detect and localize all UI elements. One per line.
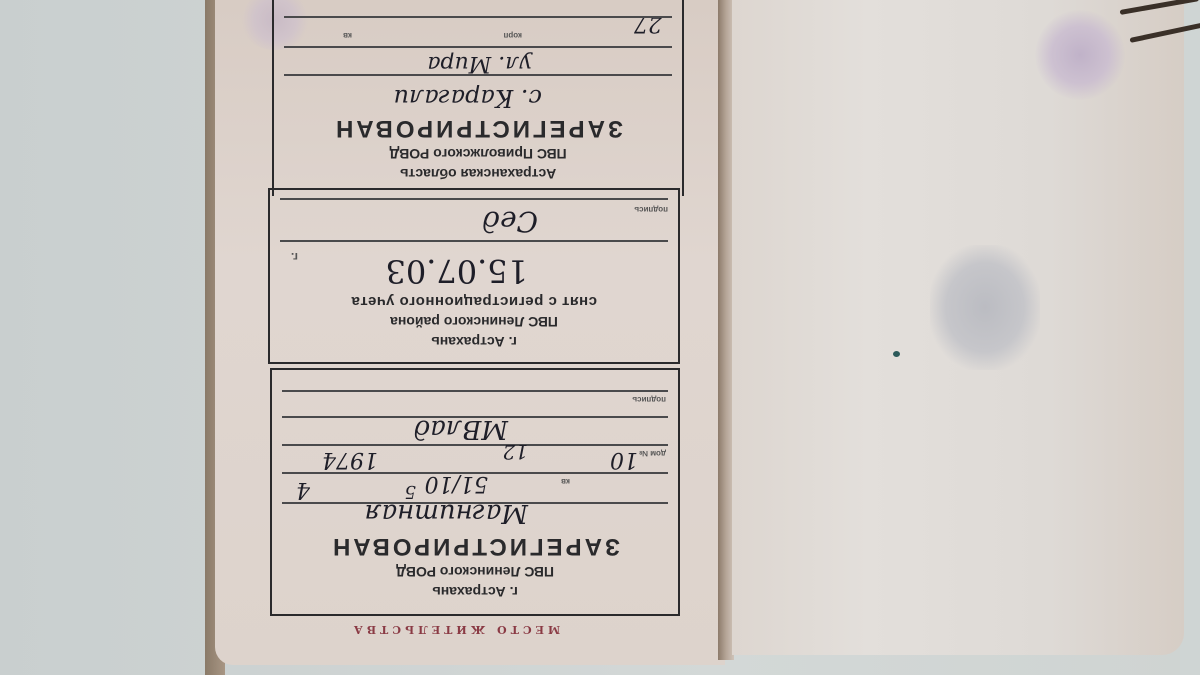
- handwritten-date: 15.07.03: [386, 252, 529, 290]
- stamp-title: ЗАРЕГИСТРИРОВАН: [274, 114, 682, 142]
- handwritten-house: 51/10: [425, 471, 488, 496]
- handwritten-building: 5: [405, 481, 416, 502]
- label-apartment: кв: [343, 31, 352, 40]
- handwritten-locality: с. Карагали: [394, 84, 542, 112]
- watermark-rosette: [1035, 10, 1125, 100]
- label-building: корп: [503, 31, 522, 40]
- stamp-office: ПВС Ленинского района: [270, 314, 678, 330]
- stamp-office: ПВС Приволжского РОВД: [274, 146, 682, 162]
- stamp-title: ЗАРЕГИСТРИРОВАН: [272, 532, 678, 560]
- stamp-city: г. Астрахань: [270, 334, 678, 350]
- handwritten-signature: МВлад: [414, 414, 508, 444]
- handwritten-day: 10: [610, 447, 638, 472]
- label-signature: подпись: [634, 205, 668, 214]
- handwritten-apartment: 4: [296, 477, 310, 502]
- handwritten-street: ул. Мира: [427, 51, 532, 76]
- label-signature: подпись: [632, 395, 666, 404]
- handwritten-year: 1974: [322, 447, 378, 472]
- stamp-city: г. Астрахань: [272, 584, 678, 600]
- registration-stamp: г. Астрахань ПВС Ленинского РОВД ЗАРЕГИС…: [270, 368, 680, 616]
- stamp-office: ПВС Ленинского РОВД: [272, 564, 678, 580]
- deregistration-stamp: г. Астрахань ПВС Ленинского района снят …: [268, 188, 680, 364]
- handwritten-street: Магнитная: [364, 498, 528, 528]
- label-house: дом №: [639, 449, 666, 458]
- label-apartment: кв: [561, 477, 570, 486]
- ink-spot: [893, 351, 900, 357]
- stamp-title: снят с регистрационного учета: [270, 293, 678, 310]
- handwritten-signature: Сед: [482, 205, 538, 238]
- stamp-city: Астраханская область: [274, 166, 682, 182]
- page-footer-label: МЕСТО ЖИТЕЛЬСТВА: [325, 623, 585, 636]
- registration-stamp-2: Астраханская область ПВС Приволжского РО…: [272, 0, 684, 196]
- label-year: г.: [291, 250, 298, 264]
- faded-photo-imprint: [930, 245, 1040, 370]
- handwritten-house: 27: [634, 11, 662, 36]
